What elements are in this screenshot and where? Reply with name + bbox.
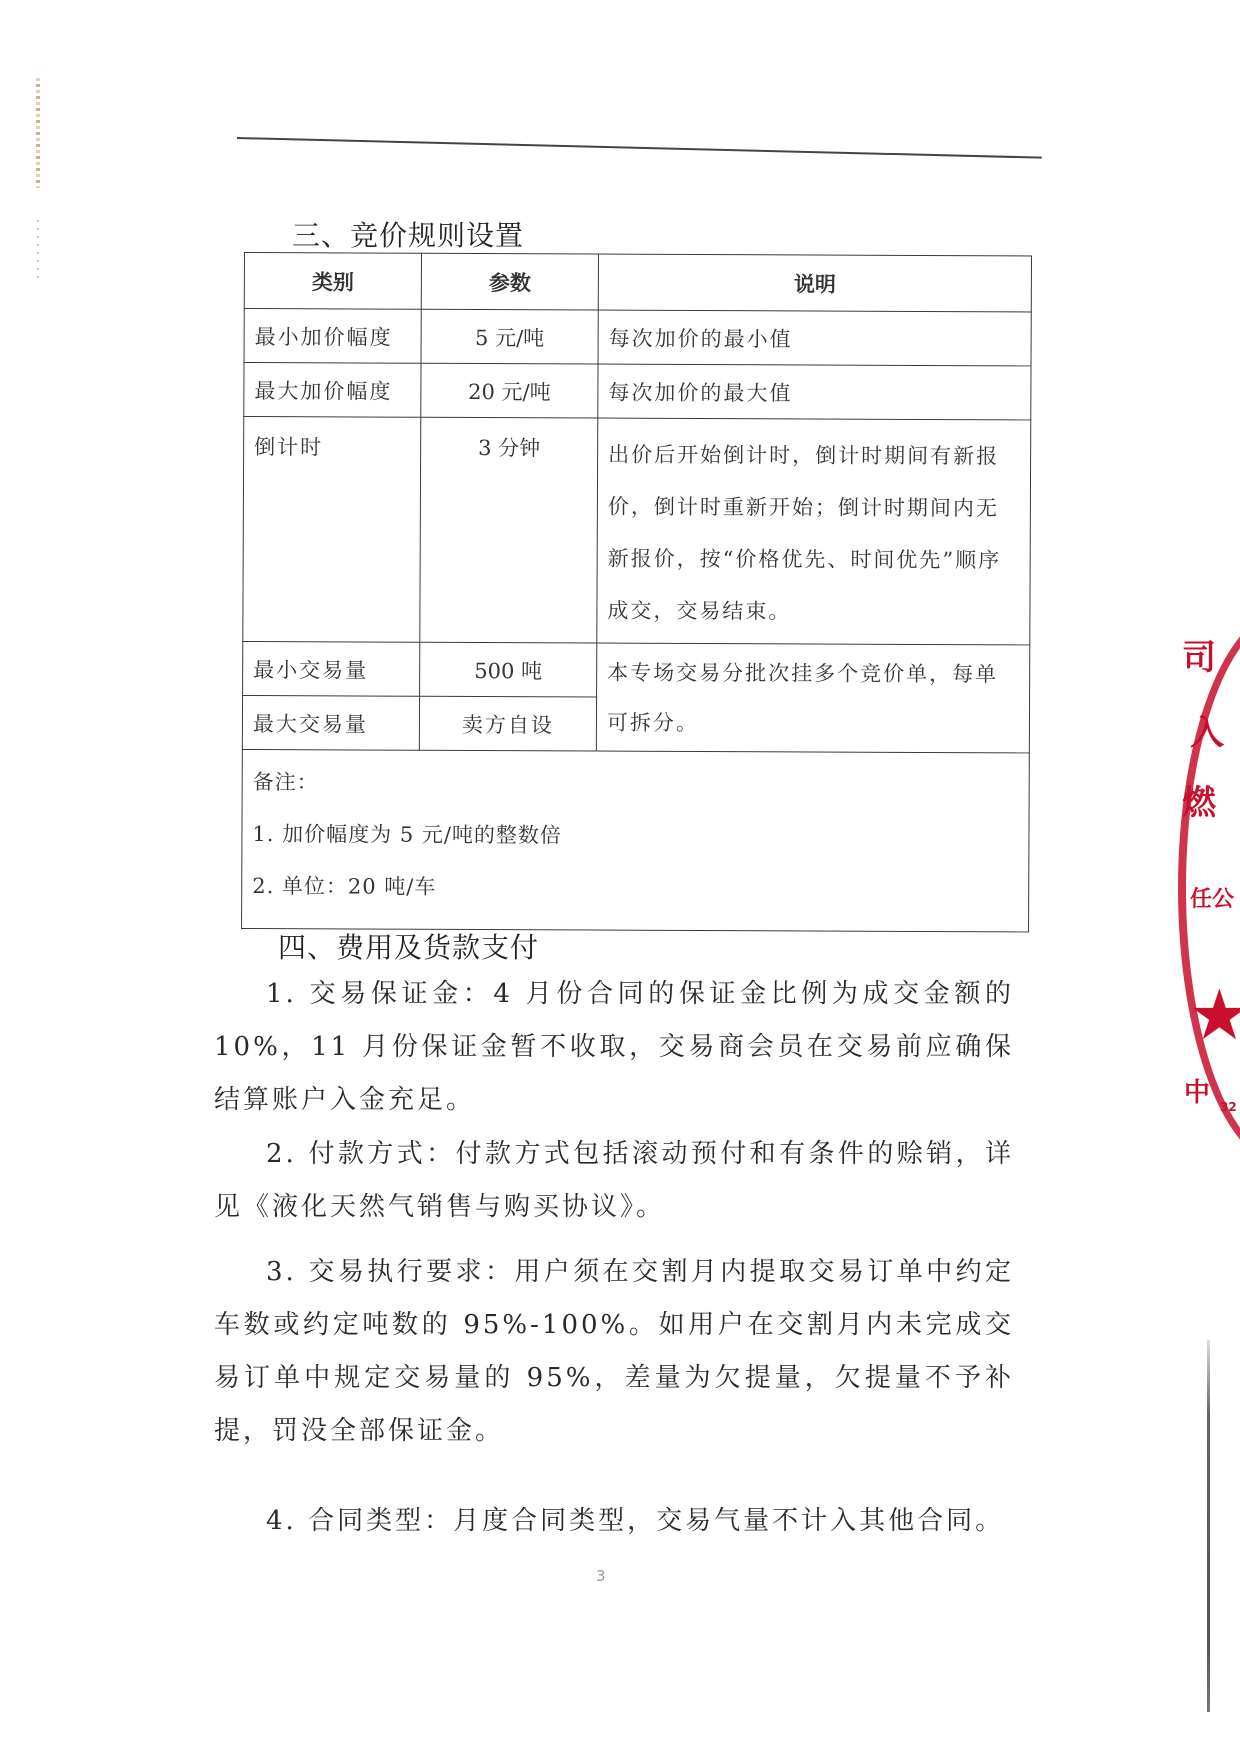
note-item: 1. 加价幅度为 5 元/吨的整数倍 bbox=[252, 808, 1018, 863]
notes-cell: 备注： 1. 加价幅度为 5 元/吨的整数倍 2. 单位：20 吨/车 bbox=[242, 749, 1030, 931]
seal-star-icon: ★ bbox=[1188, 980, 1240, 1050]
table-notes-row: 备注： 1. 加价幅度为 5 元/吨的整数倍 2. 单位：20 吨/车 bbox=[242, 749, 1030, 931]
company-seal: 司 入 燃 任公 ★ 中 32 bbox=[1168, 610, 1240, 1150]
seal-char: 入 bbox=[1190, 705, 1224, 754]
header-desc: 说明 bbox=[598, 254, 1031, 312]
table-row: 最大加价幅度 20 元/吨 每次加价的最大值 bbox=[244, 363, 1031, 420]
cell-category: 倒计时 bbox=[243, 417, 421, 643]
cell-desc: 出价后开始倒计时，倒计时期间有新报价，倒计时重新开始；倒计时期间内无新报价，按“… bbox=[597, 418, 1031, 645]
cell-desc-merged: 本专场交易分批次挂多个竞价单，每单可拆分。 bbox=[596, 643, 1029, 753]
cell-param: 卖方自设 bbox=[419, 696, 596, 751]
page-number: 3 bbox=[596, 1567, 606, 1585]
cell-category: 最大交易量 bbox=[242, 695, 419, 750]
section-4-title: 四、费用及货款支付 bbox=[278, 926, 539, 966]
paragraph-text: 1. 交易保证金：4 月份合同的保证金比例为成交金额的 10%，11 月份保证金… bbox=[214, 979, 1014, 1115]
cell-category: 最小交易量 bbox=[243, 641, 420, 696]
cell-desc: 每次加价的最大值 bbox=[598, 364, 1031, 420]
paragraph-payment: 2. 付款方式：付款方式包括滚动预付和有条件的赊销，详见《液化天然气销售与购买协… bbox=[214, 1128, 1014, 1234]
paragraph-text: 4. 合同类型：月度合同类型，交易气量不计入其他合同。 bbox=[266, 1506, 1004, 1536]
header-category: 类别 bbox=[244, 253, 421, 310]
cell-param: 3 分钟 bbox=[420, 417, 598, 643]
table-row: 最小加价幅度 5 元/吨 每次加价的最小值 bbox=[244, 309, 1031, 366]
seal-char: 任公 bbox=[1190, 882, 1234, 913]
paragraph-execution: 3. 交易执行要求：用户须在交割月内提取交易订单中约定车数或约定吨数的 95%-… bbox=[214, 1246, 1014, 1458]
paragraph-contract-type: 4. 合同类型：月度合同类型，交易气量不计入其他合同。 bbox=[214, 1495, 1014, 1548]
bidding-rules-table: 类别 参数 说明 最小加价幅度 5 元/吨 每次加价的最小值 最大加价幅度 20… bbox=[241, 252, 1032, 932]
notes-label: 备注： bbox=[253, 756, 1019, 811]
seal-char: 中 bbox=[1184, 1072, 1210, 1109]
scan-margin-mark bbox=[36, 78, 40, 188]
paragraph-text: 3. 交易执行要求：用户须在交割月内提取交易订单中约定车数或约定吨数的 95%-… bbox=[214, 1257, 1014, 1446]
seal-char: 燃 bbox=[1182, 775, 1216, 824]
scan-edge-line bbox=[1207, 1340, 1210, 1712]
cell-param: 5 元/吨 bbox=[421, 309, 598, 364]
paragraph-deposit: 1. 交易保证金：4 月份合同的保证金比例为成交金额的 10%，11 月份保证金… bbox=[214, 968, 1014, 1127]
header-param: 参数 bbox=[421, 253, 598, 310]
cell-category: 最大加价幅度 bbox=[244, 363, 421, 418]
cell-param: 20 元/吨 bbox=[421, 363, 598, 418]
table-row: 最小交易量 500 吨 本专场交易分批次挂多个竞价单，每单可拆分。 bbox=[243, 641, 1030, 698]
cell-desc: 每次加价的最小值 bbox=[598, 310, 1031, 366]
seal-number: 32 bbox=[1220, 1100, 1237, 1114]
cell-category: 最小加价幅度 bbox=[244, 309, 421, 364]
seal-char: 司 bbox=[1182, 630, 1216, 679]
seal-ring bbox=[1178, 610, 1240, 1150]
table-row: 倒计时 3 分钟 出价后开始倒计时，倒计时期间有新报价，倒计时重新开始；倒计时期… bbox=[243, 417, 1031, 645]
cell-param: 500 吨 bbox=[420, 642, 597, 697]
paragraph-text: 2. 付款方式：付款方式包括滚动预付和有条件的赊销，详见《液化天然气销售与购买协… bbox=[214, 1139, 1014, 1222]
scan-margin-mark bbox=[37, 220, 39, 280]
table-header-row: 类别 参数 说明 bbox=[244, 253, 1031, 312]
section-3-title: 三、竞价规则设置 bbox=[292, 214, 524, 254]
note-item: 2. 单位：20 吨/车 bbox=[252, 860, 1018, 915]
header-rule bbox=[237, 137, 1042, 159]
